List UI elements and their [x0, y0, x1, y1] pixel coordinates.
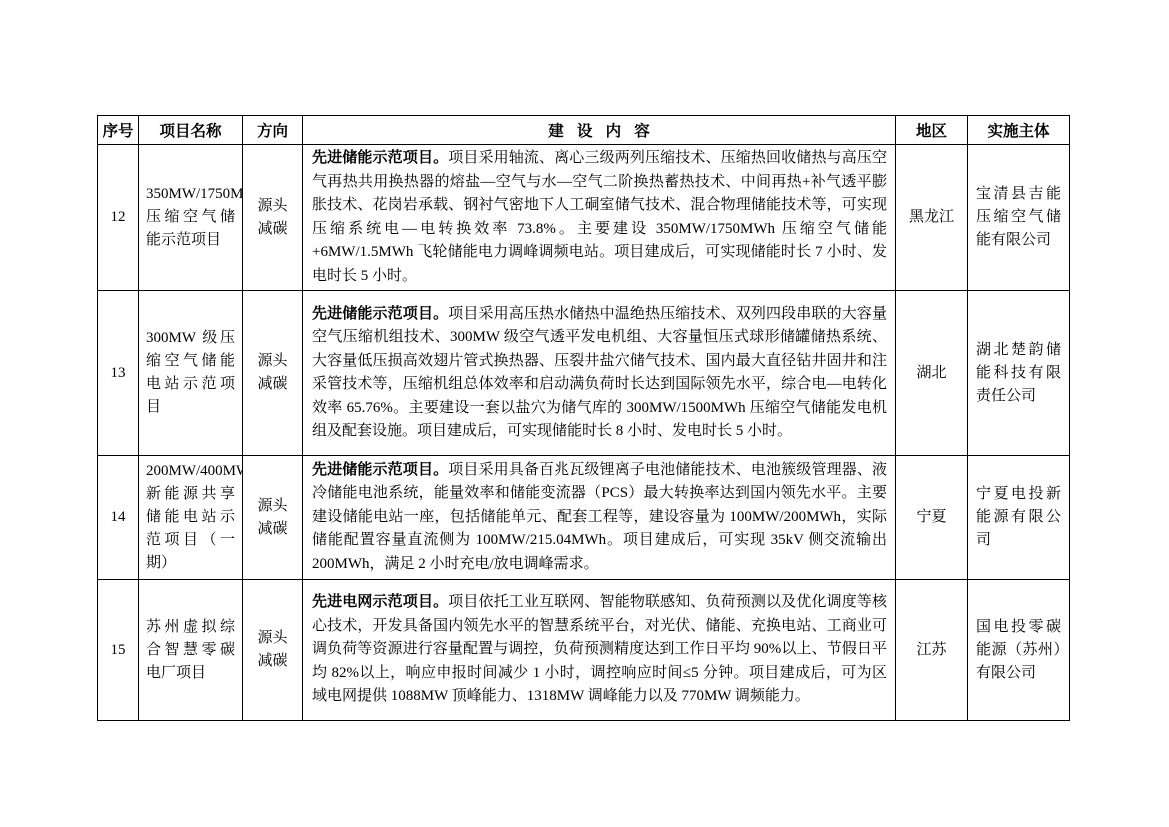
row-12-entity: 宝清县吉能压缩空气储能有限公司: [968, 145, 1070, 291]
document-page: 序号 项目名称 方向 建设内容 地区 实施主体 12 350MW/1750MWh…: [0, 0, 1169, 827]
row-14-region: 宁夏: [896, 456, 968, 580]
content-body: 项目采用轴流、离心三级两列压缩技术、压缩热回收储热与高压空气再热共用换热器的熔盐…: [312, 150, 887, 284]
row-13-content: 先进储能示范项目。项目采用高压热水储热中温绝热压缩技术、双列四段串联的大容量空气…: [303, 291, 896, 456]
row-13-number: 13: [98, 291, 139, 456]
projects-table: 序号 项目名称 方向 建设内容 地区 实施主体 12 350MW/1750MWh…: [97, 115, 1070, 721]
col-header-direction: 方向: [243, 116, 303, 145]
row-14-direction: 源头减碳: [243, 456, 303, 580]
table-row: 13 300MW 级压缩空气储能电站示范项目 源头减碳 先进储能示范项目。项目采…: [98, 291, 1070, 456]
row-15-content: 先进电网示范项目。项目依托工业互联网、智能物联感知、负荷预测以及优化调度等核心技…: [303, 580, 896, 721]
table-row: 14 200MW/400MWh 新能源共享储能电站示范项目（一期） 源头减碳 先…: [98, 456, 1070, 580]
row-14-content: 先进储能示范项目。项目采用具备百兆瓦级锂离子电池储能技术、电池簇级管理器、液冷储…: [303, 456, 896, 580]
row-15-project-name: 苏州虚拟综合智慧零碳电厂项目: [139, 580, 243, 721]
col-header-content: 建设内容: [303, 116, 896, 145]
row-14-number: 14: [98, 456, 139, 580]
content-lead: 先进储能示范项目。: [312, 462, 448, 478]
table-header-row: 序号 项目名称 方向 建设内容 地区 实施主体: [98, 116, 1070, 145]
row-12-number: 12: [98, 145, 139, 291]
content-body: 项目依托工业互联网、智能物联感知、负荷预测以及优化调度等核心技术，开发具备国内领…: [312, 594, 887, 704]
col-header-no: 序号: [98, 116, 139, 145]
col-header-region: 地区: [896, 116, 968, 145]
table-row: 12 350MW/1750MWh 压缩空气储能示范项目 源头减碳 先进储能示范项…: [98, 145, 1070, 291]
row-13-region: 湖北: [896, 291, 968, 456]
row-14-project-name: 200MW/400MWh 新能源共享储能电站示范项目（一期）: [139, 456, 243, 580]
row-15-number: 15: [98, 580, 139, 721]
row-13-entity: 湖北楚韵储能科技有限责任公司: [968, 291, 1070, 456]
row-12-project-name: 350MW/1750MWh 压缩空气储能示范项目: [139, 145, 243, 291]
row-14-entity: 宁夏电投新能源有限公司: [968, 456, 1070, 580]
row-12-content: 先进储能示范项目。项目采用轴流、离心三级两列压缩技术、压缩热回收储热与高压空气再…: [303, 145, 896, 291]
content-lead: 先进储能示范项目。: [312, 150, 448, 166]
row-13-direction: 源头减碳: [243, 291, 303, 456]
row-12-direction: 源头减碳: [243, 145, 303, 291]
content-body: 项目采用具备百兆瓦级锂离子电池储能技术、电池簇级管理器、液冷储能电池系统，能量效…: [312, 462, 887, 572]
row-15-entity: 国电投零碳能源（苏州）有限公司: [968, 580, 1070, 721]
row-12-region: 黑龙江: [896, 145, 968, 291]
content-lead: 先进电网示范项目。: [312, 594, 448, 610]
content-lead: 先进储能示范项目。: [312, 306, 448, 322]
col-header-name: 项目名称: [139, 116, 243, 145]
content-body: 项目采用高压热水储热中温绝热压缩技术、双列四段串联的大容量空气压缩机组技术、30…: [312, 306, 887, 440]
row-15-region: 江苏: [896, 580, 968, 721]
col-header-entity: 实施主体: [968, 116, 1070, 145]
row-13-project-name: 300MW 级压缩空气储能电站示范项目: [139, 291, 243, 456]
table-row: 15 苏州虚拟综合智慧零碳电厂项目 源头减碳 先进电网示范项目。项目依托工业互联…: [98, 580, 1070, 721]
row-15-direction: 源头减碳: [243, 580, 303, 721]
